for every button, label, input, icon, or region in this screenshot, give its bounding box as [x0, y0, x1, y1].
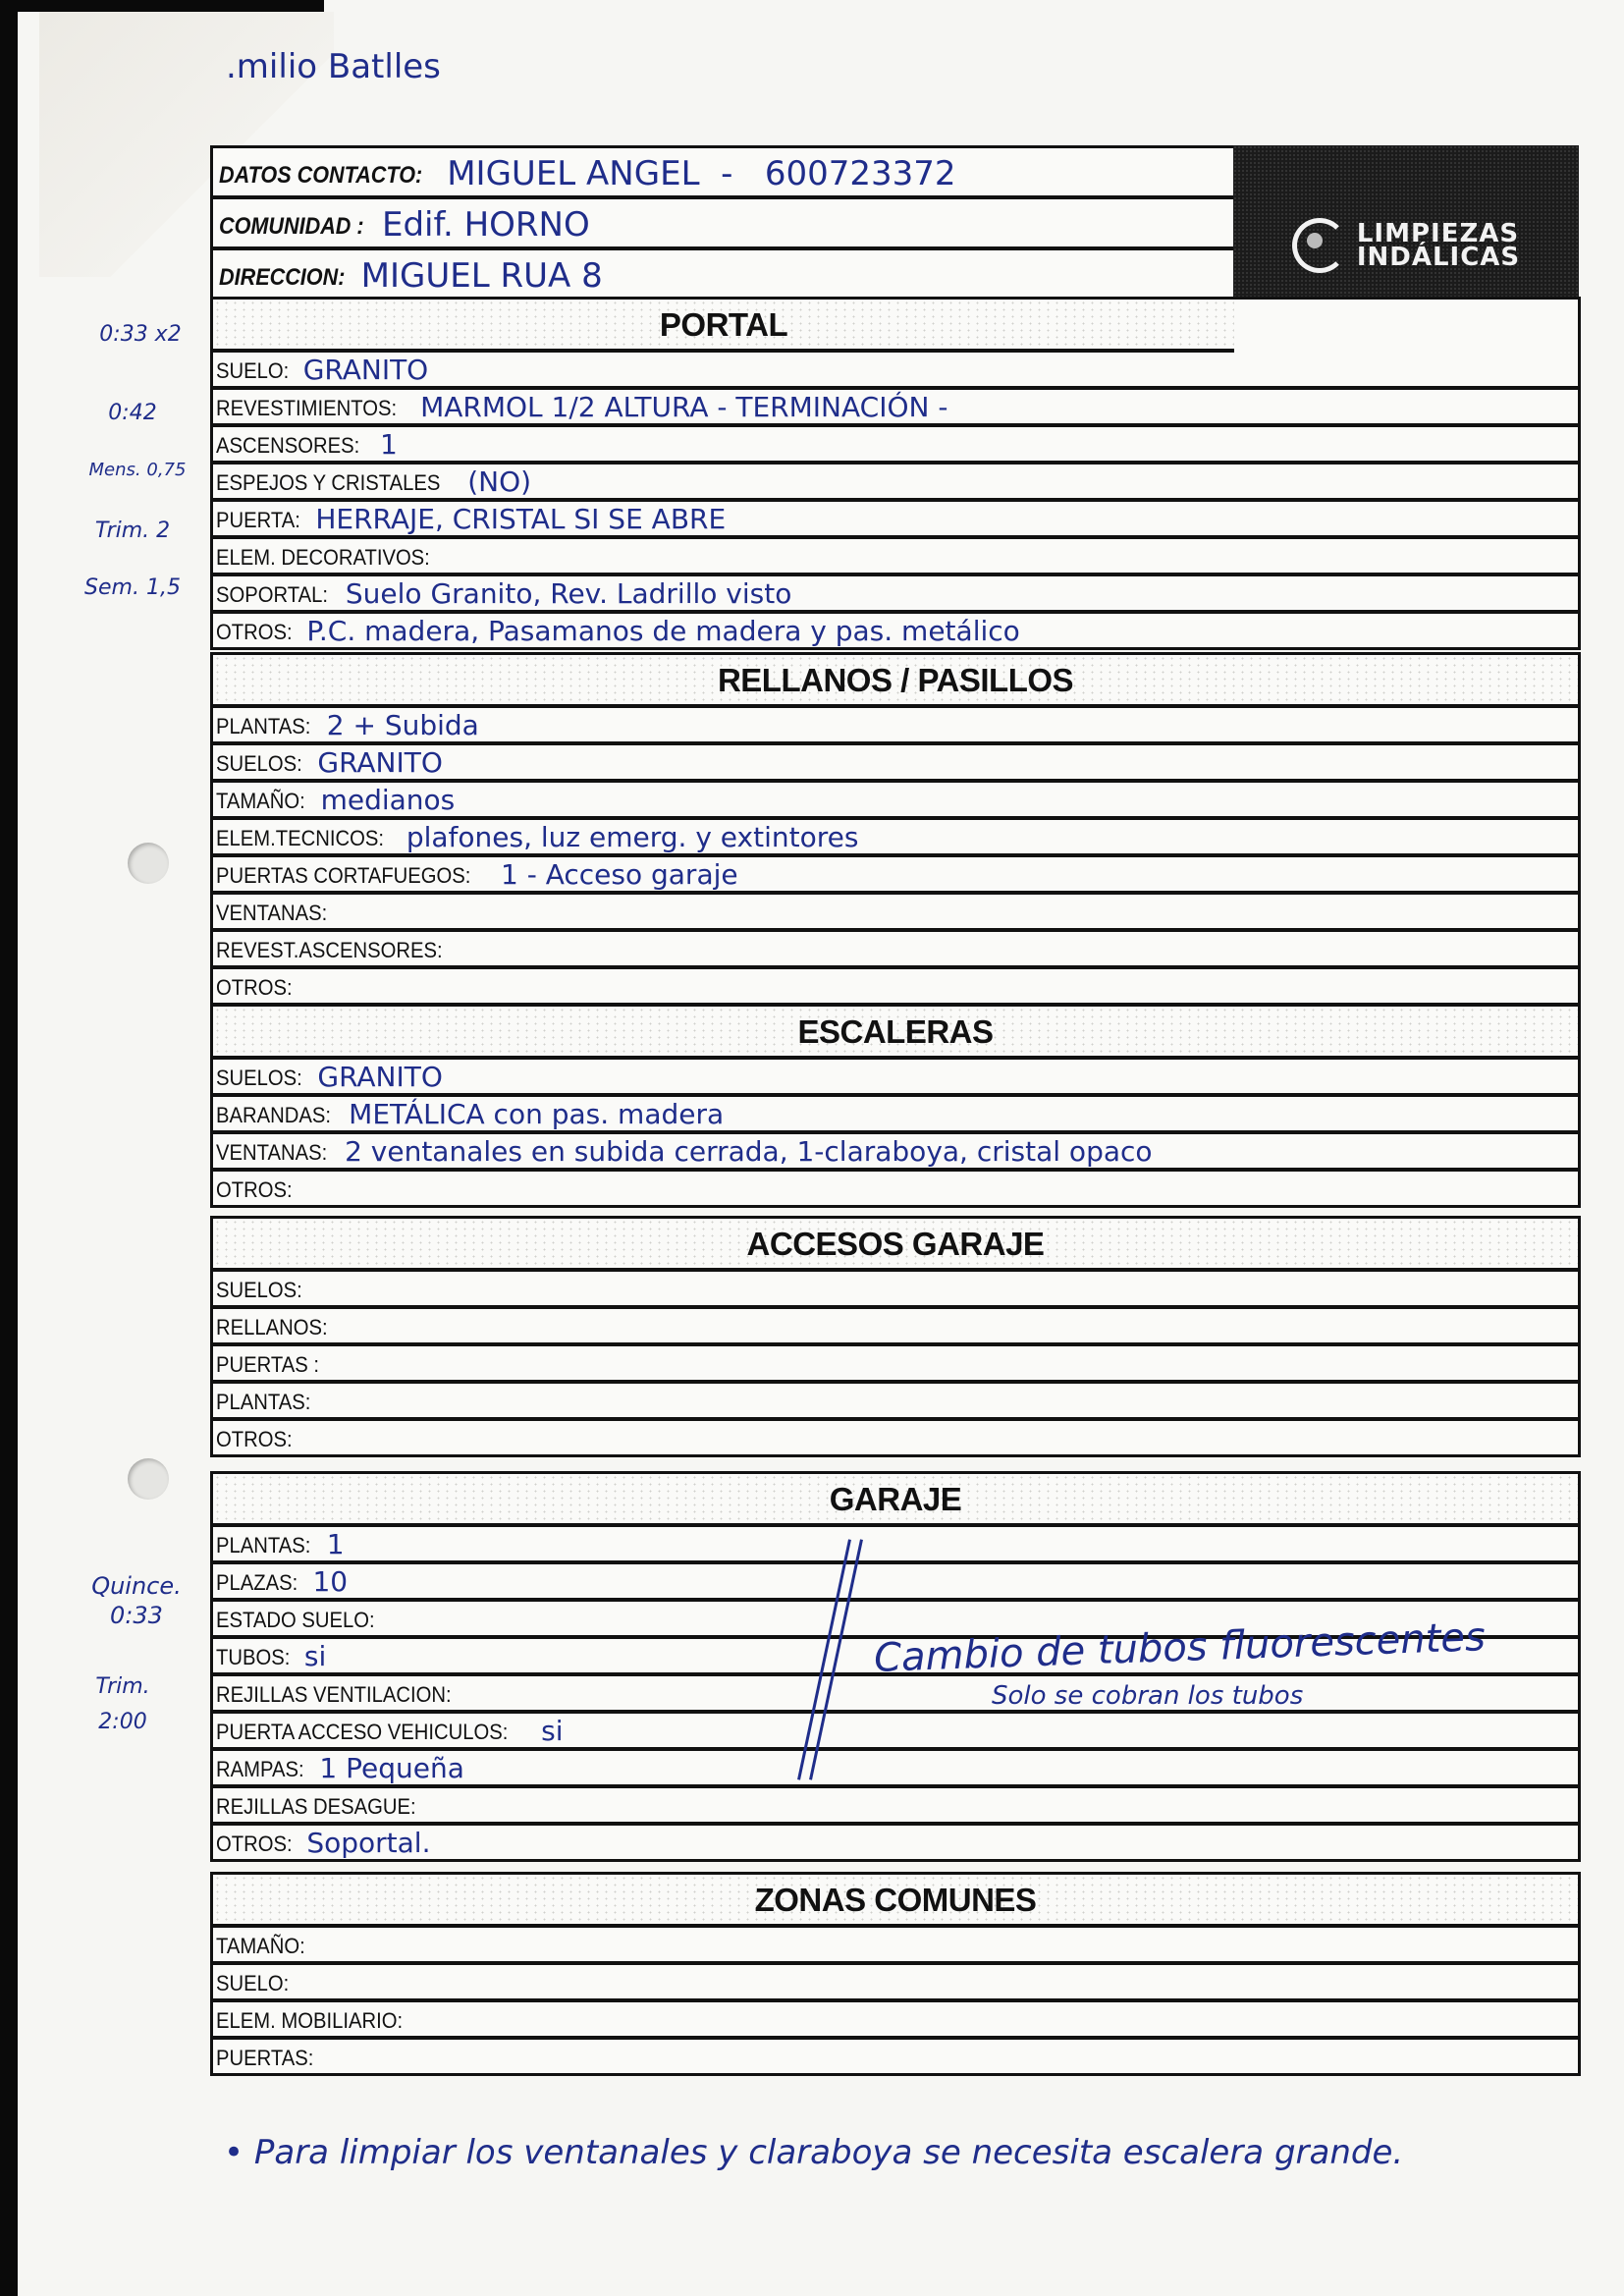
field-value[interactable]: medianos — [321, 784, 456, 816]
field-row: REVEST.ASCENSORES: — [213, 932, 1578, 969]
field-value[interactable]: 1 - Acceso garaje — [501, 858, 738, 891]
field-row: TAMAÑO: — [213, 1928, 1578, 1965]
community-label: COMUNIDAD : — [219, 213, 364, 246]
field-label: BARANDAS: — [216, 1103, 331, 1130]
section-escaleras: ESCALERAS SUELOS:GRANITO BARANDAS:METÁLI… — [210, 1004, 1581, 1208]
field-label: PLANTAS: — [216, 1533, 310, 1560]
field-row: ELEM.TECNICOS:plafones, luz emerg. y ext… — [213, 820, 1578, 857]
contact-row: DATOS CONTACTO: MIGUEL ANGEL - 600723372 — [213, 148, 1236, 199]
field-label: PUERTAS : — [216, 1352, 319, 1380]
field-value[interactable]: 2 + Subida — [327, 709, 479, 741]
scan-border — [0, 0, 324, 12]
field-row: RAMPAS:1 Pequeña — [213, 1751, 1578, 1788]
garage-annotation-sub: Solo se cobran los tubos — [992, 1681, 1303, 1711]
section-title: ESCALERAS — [213, 1007, 1578, 1060]
field-row: ASCENSORES:1 — [213, 427, 1578, 465]
field-value[interactable]: si — [304, 1640, 326, 1672]
globe-logo-icon — [1292, 218, 1347, 273]
section-title: GARAJE — [213, 1474, 1578, 1527]
field-label: OTROS: — [216, 1177, 293, 1205]
field-value[interactable]: METÁLICA con pas. madera — [349, 1098, 724, 1130]
section-title: ACCESOS GARAJE — [213, 1219, 1578, 1272]
field-row: PLANTAS: — [213, 1384, 1578, 1421]
field-label: TUBOS: — [216, 1645, 290, 1672]
field-row: SUELO: — [213, 1965, 1578, 2002]
section-rellanos-pasillos: RELLANOS / PASILLOS PLANTAS:2 + Subida S… — [210, 652, 1581, 1006]
field-label: TAMAÑO: — [216, 789, 305, 816]
section-title: RELLANOS / PASILLOS — [213, 655, 1578, 708]
field-label: SUELOS: — [216, 751, 302, 779]
scan-border — [0, 0, 18, 2296]
field-row: REVESTIMIENTOS:MARMOL 1/2 ALTURA - TERMI… — [213, 390, 1578, 427]
handwritten-name: .milio Batlles — [226, 47, 441, 86]
field-label: PLANTAS: — [216, 1390, 310, 1417]
field-row: SUELOS: — [213, 1272, 1578, 1309]
field-row: VENTANAS: — [213, 895, 1578, 932]
field-value[interactable]: Suelo Granito, Rev. Ladrillo visto — [346, 577, 791, 610]
margin-note: Sem. 1,5 — [79, 577, 187, 599]
field-row: ELEM. MOBILIARIO: — [213, 2002, 1578, 2040]
margin-note: Trim. 2:00 — [69, 1669, 177, 1740]
margin-note: Quince. 0:33 — [82, 1571, 190, 1630]
field-value[interactable]: plafones, luz emerg. y extintores — [406, 821, 859, 853]
field-row: PUERTAS : — [213, 1346, 1578, 1384]
field-label: PUERTAS: — [216, 2046, 313, 2073]
field-row: PLANTAS:1 — [213, 1527, 1578, 1564]
field-label: SUELO: — [216, 358, 289, 386]
field-row: OTROS: — [213, 969, 1578, 1003]
community-value[interactable]: Edif. HORNO — [382, 205, 590, 246]
field-label: REVEST.ASCENSORES: — [216, 938, 443, 965]
field-row: PUERTAS CORTAFUEGOS:1 - Acceso garaje — [213, 857, 1578, 895]
field-value[interactable]: (NO) — [467, 465, 531, 498]
field-value[interactable]: GRANITO — [317, 1061, 443, 1093]
field-row: OTROS: — [213, 1421, 1578, 1454]
field-row: OTROS:Soportal. — [213, 1826, 1578, 1859]
field-row: SUELOS:GRANITO — [213, 745, 1578, 783]
field-label: REJILLAS DESAGUE: — [216, 1794, 416, 1822]
field-row: BARANDAS:METÁLICA con pas. madera — [213, 1097, 1578, 1134]
margin-note: Trim. 2 — [79, 520, 187, 542]
contact-label: DATOS CONTACTO: — [219, 162, 422, 195]
field-label: ESPEJOS Y CRISTALES — [216, 470, 440, 498]
field-label: RELLANOS: — [216, 1315, 328, 1342]
field-label: ASCENSORES: — [216, 433, 359, 461]
field-label: OTROS: — [216, 620, 293, 647]
punch-hole — [128, 843, 169, 884]
field-row: PUERTA:HERRAJE, CRISTAL SI SE ABRE — [213, 502, 1578, 539]
margin-note: 0:33 x2 — [86, 324, 194, 346]
section-zonas-comunes: ZONAS COMUNES TAMAÑO: SUELO: ELEM. MOBIL… — [210, 1872, 1581, 2076]
field-row: SUELOS:GRANITO — [213, 1060, 1578, 1097]
logo-text: LIMPIEZAS INDÁLICAS — [1357, 222, 1520, 269]
section-portal: PORTAL SUELO:GRANITO REVESTIMIENTOS:MARM… — [210, 297, 1581, 650]
footer-note: • Para limpiar los ventanales y claraboy… — [224, 2133, 1403, 2172]
field-row: REJILLAS DESAGUE: — [213, 1788, 1578, 1826]
field-label: VENTANAS: — [216, 901, 327, 928]
field-value[interactable]: Soportal. — [306, 1827, 430, 1859]
address-value[interactable]: MIGUEL RUA 8 — [361, 256, 603, 298]
field-row: ESPEJOS Y CRISTALES(NO) — [213, 465, 1578, 502]
field-label: SUELO: — [216, 1971, 289, 1998]
field-row: OTROS: — [213, 1172, 1578, 1205]
community-row: COMUNIDAD : Edif. HORNO — [213, 199, 1236, 250]
field-label: SOPORTAL: — [216, 582, 328, 610]
field-row: RELLANOS: — [213, 1309, 1578, 1346]
margin-note: Mens. 0,75 — [83, 460, 191, 481]
field-label: OTROS: — [216, 1427, 293, 1454]
field-label: PUERTA ACCESO VEHICULOS: — [216, 1720, 508, 1747]
field-value[interactable]: 2 ventanales en subida cerrada, 1-clarab… — [345, 1135, 1152, 1168]
field-value[interactable]: HERRAJE, CRISTAL SI SE ABRE — [315, 503, 726, 535]
field-label: PLAZAS: — [216, 1570, 298, 1598]
field-label: TAMAÑO: — [216, 1934, 305, 1961]
field-value[interactable]: 1 — [380, 428, 398, 461]
field-label: PUERTAS CORTAFUEGOS: — [216, 863, 470, 891]
field-value[interactable]: GRANITO — [303, 354, 429, 386]
field-value[interactable]: P.C. madera, Pasamanos de madera y pas. … — [306, 615, 1019, 647]
field-value[interactable]: 1 Pequeña — [319, 1752, 463, 1784]
field-label: ELEM. MOBILIARIO: — [216, 2008, 403, 2036]
field-row: PLANTAS:2 + Subida — [213, 708, 1578, 745]
field-label: VENTANAS: — [216, 1140, 327, 1168]
section-title: ZONAS COMUNES — [213, 1875, 1578, 1928]
field-row: OTROS:P.C. madera, Pasamanos de madera y… — [213, 614, 1578, 647]
field-value[interactable]: MARMOL 1/2 ALTURA - TERMINACIÓN - — [420, 391, 947, 423]
section-accesos-garaje: ACCESOS GARAJE SUELOS: RELLANOS: PUERTAS… — [210, 1216, 1581, 1457]
field-label: ELEM. DECORATIVOS: — [216, 545, 430, 573]
field-row: SUELO:GRANITO — [213, 353, 1578, 390]
address-label: DIRECCION: — [219, 264, 345, 298]
field-label: OTROS: — [216, 1831, 293, 1859]
field-row: VENTANAS:2 ventanales en subida cerrada,… — [213, 1134, 1578, 1172]
punch-hole — [128, 1458, 169, 1500]
field-label: RAMPAS: — [216, 1757, 304, 1784]
field-label: SUELOS: — [216, 1066, 302, 1093]
margin-note: 0:42 — [79, 403, 187, 424]
contact-header: DATOS CONTACTO: MIGUEL ANGEL - 600723372… — [210, 145, 1236, 302]
field-row: ELEM. DECORATIVOS: — [213, 539, 1578, 576]
field-label: REVESTIMIENTOS: — [216, 396, 397, 423]
field-row: TAMAÑO:medianos — [213, 783, 1578, 820]
field-value[interactable]: 10 — [312, 1565, 348, 1598]
field-row: PUERTA ACCESO VEHICULOS:si — [213, 1714, 1578, 1751]
field-value[interactable]: 1 — [327, 1528, 345, 1560]
field-row: PLAZAS:10 — [213, 1564, 1578, 1602]
field-label: OTROS: — [216, 975, 293, 1003]
field-row: SOPORTAL:Suelo Granito, Rev. Ladrillo vi… — [213, 576, 1578, 614]
field-label: ESTADO SUELO: — [216, 1608, 375, 1635]
field-label: PLANTAS: — [216, 714, 310, 741]
field-label: SUELOS: — [216, 1278, 302, 1305]
section-title: PORTAL — [213, 300, 1234, 353]
contact-value[interactable]: MIGUEL ANGEL - 600723372 — [447, 154, 955, 195]
field-value[interactable]: si — [541, 1715, 563, 1747]
address-row: DIRECCION: MIGUEL RUA 8 — [213, 250, 1236, 298]
field-value[interactable]: GRANITO — [317, 746, 443, 779]
field-row: REJILLAS VENTILACION: — [213, 1676, 1578, 1714]
field-label: REJILLAS VENTILACION: — [216, 1682, 452, 1710]
field-label: ELEM.TECNICOS: — [216, 826, 384, 853]
field-label: PUERTA: — [216, 508, 300, 535]
logo-line2: INDÁLICAS — [1357, 246, 1520, 269]
field-row: PUERTAS: — [213, 2040, 1578, 2073]
